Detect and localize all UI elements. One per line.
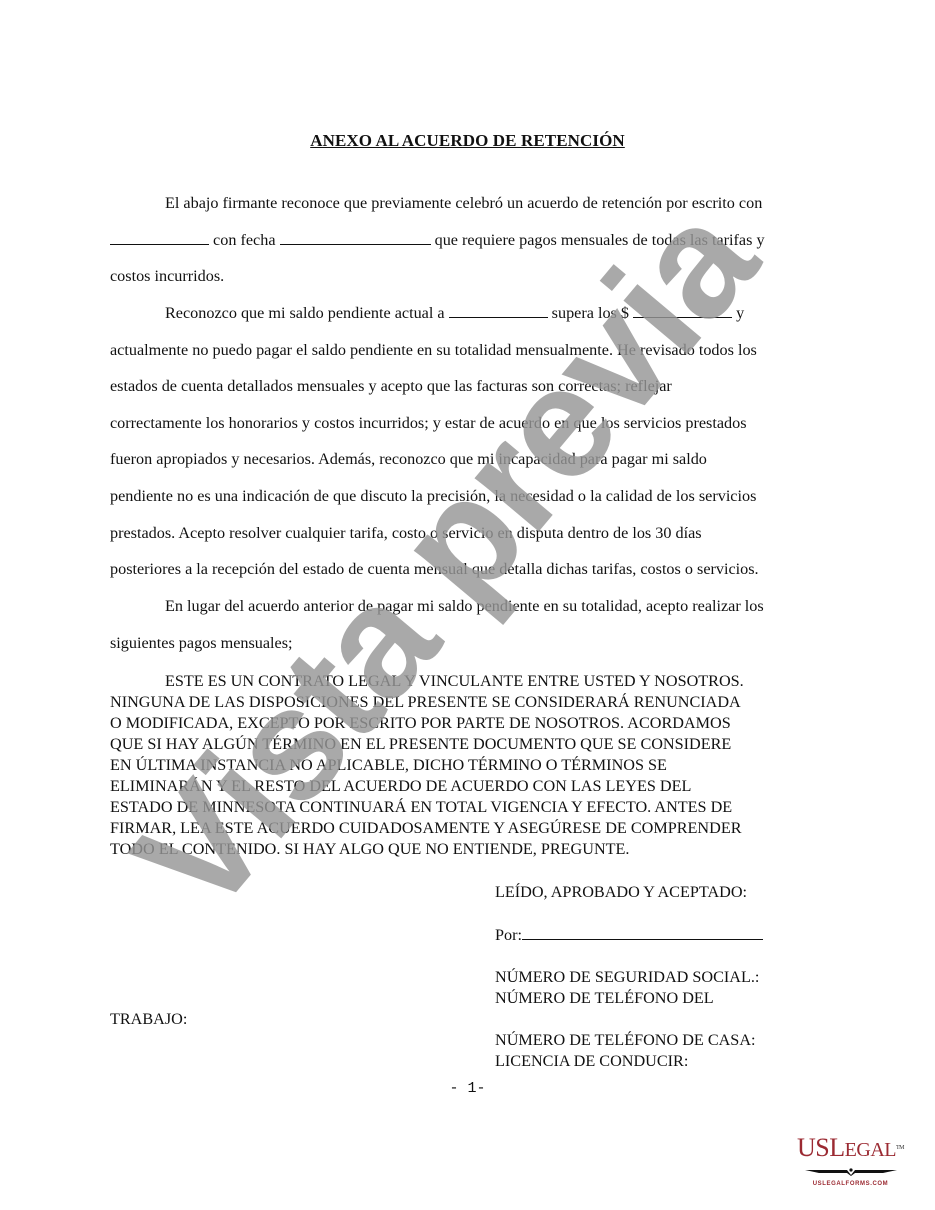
eagle-wings-icon bbox=[803, 1168, 899, 1176]
text-line: EN ÚLTIMA INSTANCIA NO APLICABLE, DICHO … bbox=[110, 755, 826, 776]
text-line: FIRMAR, LEA ESTE ACUERDO CUIDADOSAMENTE … bbox=[110, 818, 826, 839]
uslegal-logo[interactable]: USLEGALTM USLEGALFORMS.COM bbox=[793, 1135, 908, 1187]
text-line: ESTADO DE MINNESOTA CONTINUARÁ EN TOTAL … bbox=[110, 797, 826, 818]
legal-notice: ESTE ES UN CONTRATO LEGAL Y VINCULANTE E… bbox=[110, 671, 826, 860]
text-line: con fecha que requiere pagos mensuales d… bbox=[110, 222, 826, 259]
work-phone-label-continued: TRABAJO: bbox=[110, 1010, 187, 1029]
blank-field-amount[interactable] bbox=[633, 303, 732, 318]
text-line: Reconozco que mi saldo pendiente actual … bbox=[110, 295, 826, 332]
blank-field-party[interactable] bbox=[110, 230, 209, 245]
text-line: prestados. Acepto resolver cualquier tar… bbox=[110, 515, 826, 552]
text-line: siguientes pagos mensuales; bbox=[110, 625, 826, 662]
blank-field-balance-date[interactable] bbox=[449, 303, 548, 318]
text-line: NINGUNA DE LAS DISPOSICIONES DEL PRESENT… bbox=[110, 692, 826, 713]
text-line: ESTE ES UN CONTRATO LEGAL Y VINCULANTE E… bbox=[110, 671, 826, 692]
paragraph-retention-agreement: El abajo firmante reconoce que previamen… bbox=[110, 185, 826, 295]
text-line: QUE SI HAY ALGÚN TÉRMINO EN EL PRESENTE … bbox=[110, 734, 826, 755]
home-phone-label: NÚMERO DE TELÉFONO DE CASA: bbox=[495, 1030, 756, 1051]
ssn-label: NÚMERO DE SEGURIDAD SOCIAL.: bbox=[495, 967, 759, 988]
text-line: estados de cuenta detallados mensuales y… bbox=[110, 368, 826, 405]
text-line: costos incurridos. bbox=[110, 258, 826, 295]
text-line: pendiente no es una indicación de que di… bbox=[110, 478, 826, 515]
text-line: O MODIFICADA, EXCEPTO POR ESCRITO POR PA… bbox=[110, 713, 826, 734]
document-page: ANEXO AL ACUERDO DE RETENCIÓN El abajo f… bbox=[0, 0, 935, 1210]
text-line: correctamente los honorarios y costos in… bbox=[110, 405, 826, 442]
text-line: posteriores a la recepción del estado de… bbox=[110, 551, 826, 588]
signature-accepted-label: LEÍDO, APROBADO Y ACEPTADO: bbox=[495, 882, 747, 903]
logo-wordmark: USLEGALTM bbox=[793, 1135, 908, 1163]
page-number: - 1- bbox=[0, 1080, 935, 1097]
logo-url: USLEGALFORMS.COM bbox=[793, 1181, 908, 1187]
signature-details-2: NÚMERO DE TELÉFONO DE CASA: LICENCIA DE … bbox=[495, 1030, 756, 1072]
signature-by-line: Por: bbox=[495, 925, 763, 946]
text-line: ELIMINARÁN Y EL RESTO DEL ACUERDO DE ACU… bbox=[110, 776, 826, 797]
work-phone-label: NÚMERO DE TELÉFONO DEL bbox=[495, 988, 759, 1009]
signature-field[interactable] bbox=[522, 925, 763, 940]
signature-details: NÚMERO DE SEGURIDAD SOCIAL.: NÚMERO DE T… bbox=[495, 967, 759, 1009]
text-line: TODO EL CONTENIDO. SI HAY ALGO QUE NO EN… bbox=[110, 839, 826, 860]
document-title: ANEXO AL ACUERDO DE RETENCIÓN bbox=[0, 131, 935, 151]
drivers-license-label: LICENCIA DE CONDUCIR: bbox=[495, 1051, 756, 1072]
paragraph-outstanding-balance: Reconozco que mi saldo pendiente actual … bbox=[110, 295, 826, 588]
paragraph-monthly-payments: En lugar del acuerdo anterior de pagar m… bbox=[110, 588, 826, 661]
blank-field-date[interactable] bbox=[280, 230, 431, 245]
text-line: En lugar del acuerdo anterior de pagar m… bbox=[110, 588, 826, 625]
text-line: El abajo firmante reconoce que previamen… bbox=[110, 185, 826, 222]
text-line: actualmente no puedo pagar el saldo pend… bbox=[110, 332, 826, 369]
text-line: fueron apropiados y necesarios. Además, … bbox=[110, 441, 826, 478]
